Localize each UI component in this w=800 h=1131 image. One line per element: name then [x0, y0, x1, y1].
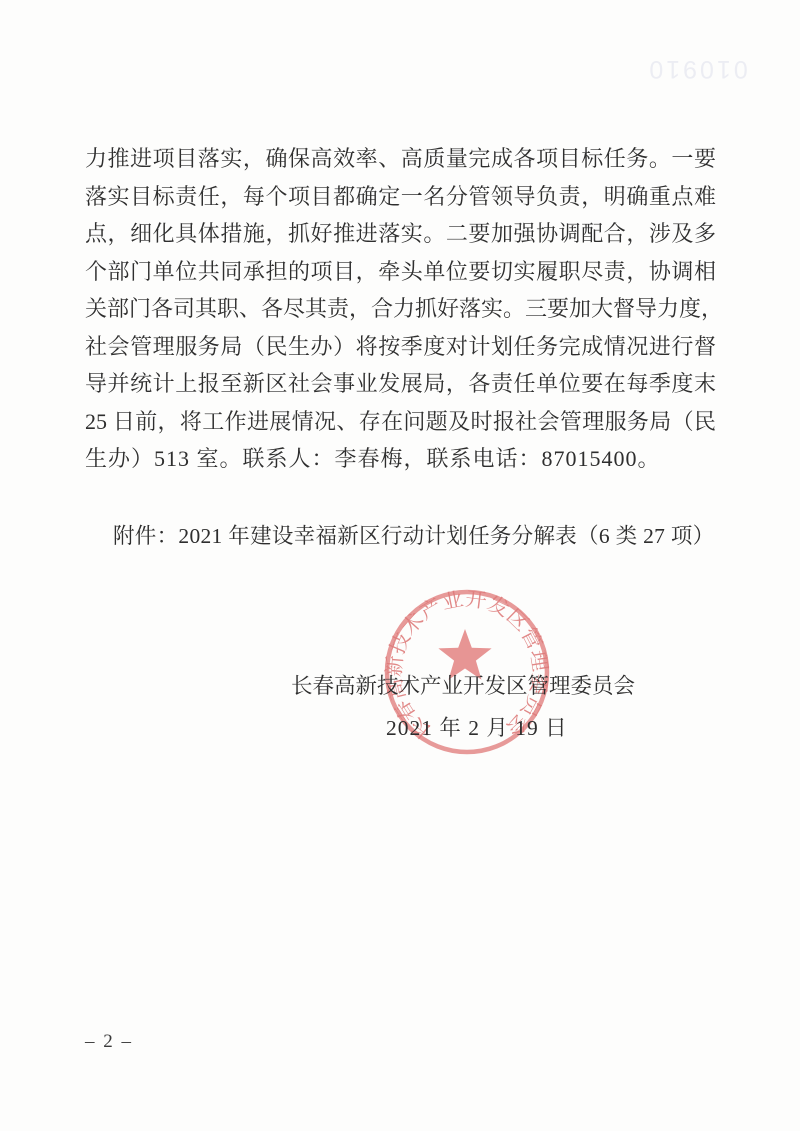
body-line: 点，细化具体措施，抓好推进落实。二要加强协调配合，涉及多: [85, 215, 716, 253]
body-paragraph: 力推进项目落实，确保高效率、高质量完成各项目标任务。一要 落实目标责任，每个项目…: [85, 140, 716, 478]
body-line: 落实目标责任，每个项目都确定一名分管领导负责，明确重点难: [85, 178, 716, 216]
body-line: 生办）513 室。联系人：李春梅，联系电话：87015400。: [85, 440, 716, 478]
body-line: 导并统计上报至新区社会事业发展局，各责任单位要在每季度末: [85, 365, 716, 403]
faint-bleedthrough-digits: 010910: [634, 54, 760, 83]
attachment-line: 附件：2021 年建设幸福新区行动计划任务分解表（6 类 27 项）: [113, 519, 714, 550]
body-line: 关部门各司其职、各尽其责，合力抓好落实。三要加大督导力度，: [85, 290, 716, 328]
body-line: 25 日前，将工作进展情况、存在问题及时报社会管理服务局（民: [85, 403, 716, 441]
body-line: 社会管理服务局（民生办）将按季度对计划任务完成情况进行督: [85, 328, 716, 366]
document-page: 010910 力推进项目落实，确保高效率、高质量完成各项目标任务。一要 落实目标…: [0, 0, 800, 1131]
page-number: – 2 –: [85, 1031, 133, 1053]
body-line: 力推进项目落实，确保高效率、高质量完成各项目标任务。一要: [85, 140, 716, 178]
body-line: 个部门单位共同承担的项目，牵头单位要切实履职尽责，协调相: [85, 253, 716, 291]
signature-date: 2021 年 2 月 19 日: [386, 711, 568, 742]
signature-organization: 长春高新技术产业开发区管理委员会: [291, 669, 635, 700]
